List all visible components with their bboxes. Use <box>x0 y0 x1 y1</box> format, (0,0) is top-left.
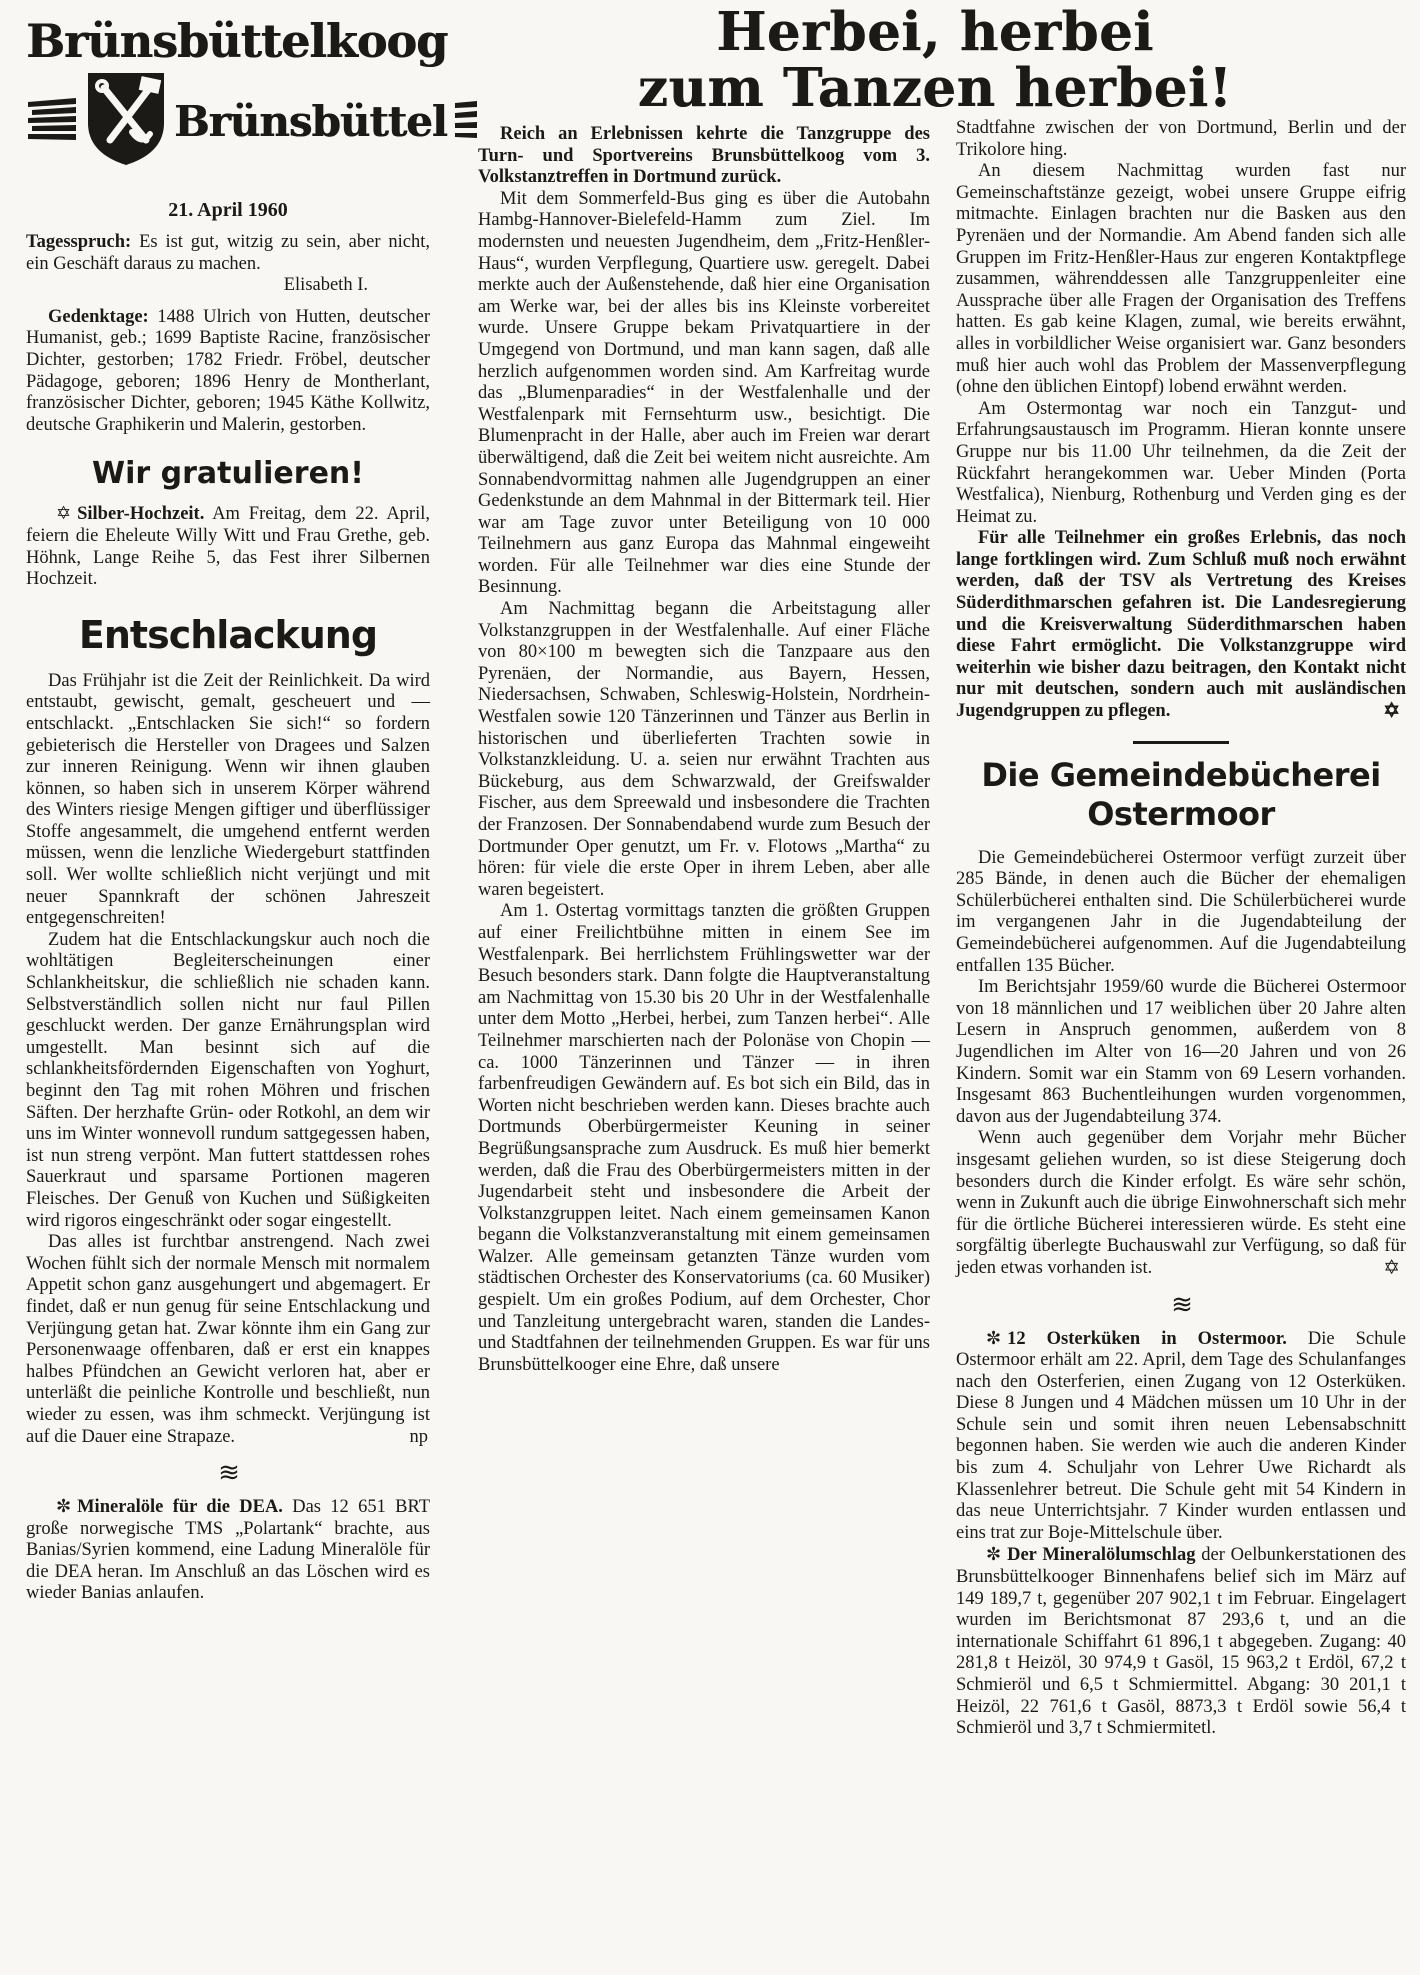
tagesspruch-attribution: Elisabeth I. <box>26 275 430 297</box>
tagesspruch: Tagesspruch: Es ist gut, witzig zu sein,… <box>26 232 430 297</box>
gratulieren-heading: Wir gratulieren! <box>26 456 430 491</box>
burst-icon: ✼ <box>48 1496 77 1516</box>
coat-of-arms-icon <box>84 70 168 173</box>
entschlackung-paragraph: Zudem hat die Entschlackungskur auch noc… <box>26 930 430 1232</box>
article-paragraph: Am Nachmittag begann die Arbeitstagung a… <box>478 599 930 901</box>
main-headline: Herbei, herbei zum Tanzen herbei! <box>470 4 1400 116</box>
tagesspruch-label: Tagesspruch: <box>26 232 131 252</box>
osterkueken-text: Die Schule Ostermoor erhält am 22. April… <box>956 1329 1406 1543</box>
squiggle-divider-icon: ≋ <box>956 1292 1406 1318</box>
masthead-title-line2: Brünsbüttel <box>174 97 447 146</box>
buecherei-heading: Die Gemeindebücherei Ostermoor <box>956 756 1406 834</box>
headline-line-1: Herbei, herbei <box>470 4 1400 60</box>
masthead-title-line1: Brünsbüttelkoog <box>26 16 430 66</box>
article-paragraph: An diesem Nachmittag wurden fast nur Gem… <box>956 161 1406 399</box>
silberhochzeit-item: ✡Silber-Hochzeit. Am Freitag, dem 22. Ap… <box>26 503 430 590</box>
gedenktage-label: Gedenktage: <box>48 307 149 327</box>
buecherei-paragraph: Die Gemeindebücherei Ostermoor verfügt z… <box>956 848 1406 978</box>
buecherei-paragraph: Im Berichtsjahr 1959/60 wurde die Bücher… <box>956 977 1406 1128</box>
buecherei-heading-line1: Die Gemeindebücherei <box>956 756 1406 795</box>
osterkueken-item: ✼12 Osterküken in Ostermoor. Die Schule … <box>956 1328 1406 1545</box>
star-icon: ✡ <box>1361 701 1400 721</box>
flourish-icon <box>26 96 78 147</box>
article-paragraph: Am 1. Ostertag vormittags tanzten die gr… <box>478 901 930 1376</box>
buecherei-heading-line2: Ostermoor <box>956 795 1406 834</box>
article-continuation: Stadtfahne zwischen der von Dortmund, Be… <box>956 118 1406 161</box>
entschlackung-article: Das Frühjahr ist die Zeit der Reinlichke… <box>26 671 430 1448</box>
star-icon: ✡ <box>1361 1258 1400 1278</box>
article-closing-paragraph: Für alle Teilnehmer ein großes Erlebnis,… <box>956 528 1406 722</box>
mineraloel-label: Der Mineralölumschlag <box>1007 1545 1195 1565</box>
left-column: Brünsbüttelkoog <box>26 16 430 1605</box>
article-lead: Reich an Erlebnissen kehrte die Tanzgrup… <box>478 124 930 189</box>
author-initials: np <box>388 1427 429 1449</box>
dea-label: Mineralöle für die DEA. <box>77 1497 283 1517</box>
section-rule-divider <box>1133 741 1229 744</box>
headline-line-2: zum Tanzen herbei! <box>470 60 1400 116</box>
article-closing-text: Für alle Teilnehmer ein großes Erlebnis,… <box>956 528 1406 721</box>
entschlackung-heading: Entschlackung <box>26 613 430 657</box>
middle-column: Reich an Erlebnissen kehrte die Tanzgrup… <box>478 124 930 1376</box>
squiggle-divider-icon: ≋ <box>26 1460 430 1486</box>
entschlackung-paragraph-text: Das alles ist furchtbar anstrengend. Nac… <box>26 1232 430 1446</box>
burst-icon: ✼ <box>978 1328 1007 1348</box>
right-column: Stadtfahne zwischen der von Dortmund, Be… <box>956 118 1406 1740</box>
article-paragraph: Am Ostermontag war noch ein Tanzgut- und… <box>956 399 1406 529</box>
masthead: Brünsbüttelkoog <box>26 16 430 222</box>
buecherei-paragraph-text: Wenn auch gegenüber dem Vorjahr mehr Büc… <box>956 1128 1406 1278</box>
issue-date: 21. April 1960 <box>26 199 430 222</box>
entschlackung-paragraph: Das alles ist furchtbar anstrengend. Nac… <box>26 1232 430 1448</box>
star-icon: ✡ <box>48 503 77 523</box>
silberhochzeit-label: Silber-Hochzeit. <box>77 504 204 524</box>
gedenktage: Gedenktage: 1488 Ulrich von Hutten, deut… <box>26 307 430 437</box>
dea-item: ✼Mineralöle für die DEA. Das 12 651 BRT … <box>26 1496 430 1605</box>
buecherei-paragraph: Wenn auch gegenüber dem Vorjahr mehr Büc… <box>956 1128 1406 1279</box>
mineraloel-text: der Oelbunkerstationen des Brunsbüttelko… <box>956 1545 1406 1738</box>
burst-icon: ✼ <box>978 1544 1007 1564</box>
flourish-icon <box>453 99 479 144</box>
entschlackung-paragraph: Das Frühjahr ist die Zeit der Reinlichke… <box>26 671 430 930</box>
mineraloel-item: ✼Der Mineralölumschlag der Oelbunkerstat… <box>956 1544 1406 1739</box>
newspaper-page: { "colors": {"paper": "#f8f7f3", "ink": … <box>0 0 1420 1975</box>
article-paragraph: Mit dem Sommerfeld-Bus ging es über die … <box>478 189 930 599</box>
osterkueken-label: 12 Osterküken in Ostermoor. <box>1007 1329 1287 1349</box>
